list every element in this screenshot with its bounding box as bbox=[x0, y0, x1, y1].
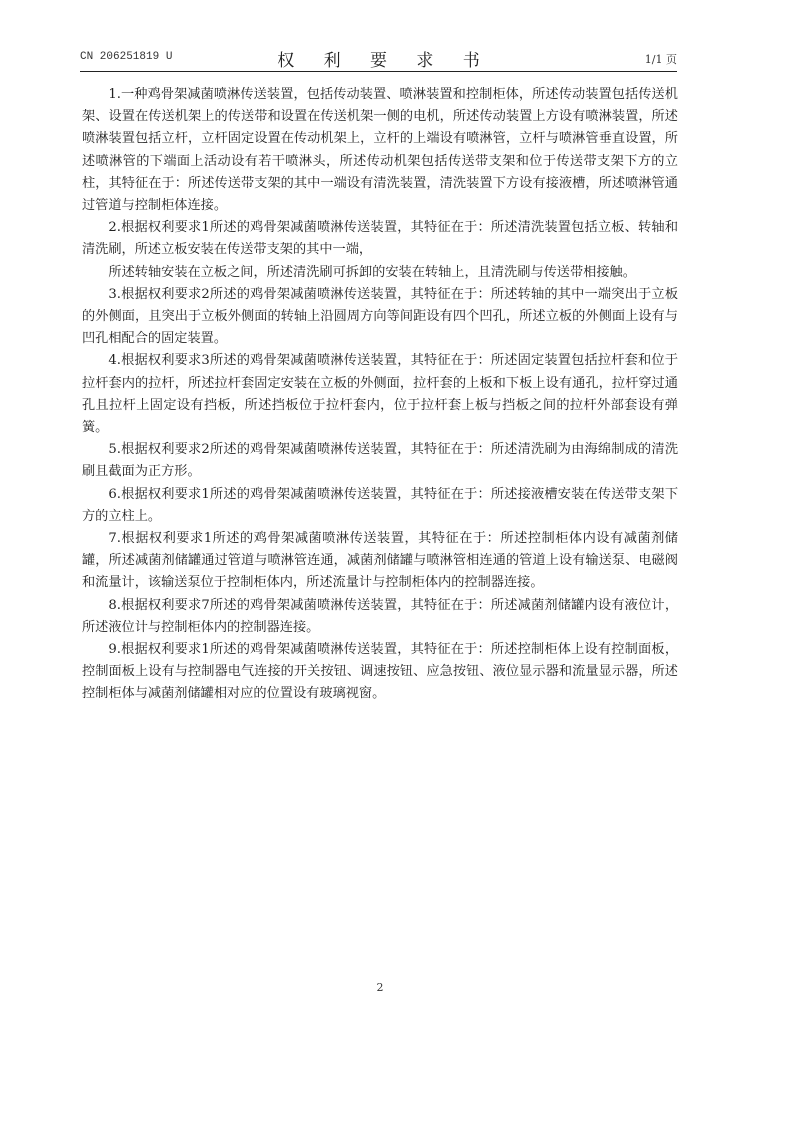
claim-7: 7.根据权利要求1所述的鸡骨架减菌喷淋传送装置，其特征在于：所述控制柜体内设有减… bbox=[82, 528, 678, 595]
claim-2: 2.根据权利要求1所述的鸡骨架减菌喷淋传送装置，其特征在于：所述清洗装置包括立板… bbox=[82, 217, 678, 261]
claim-8: 8.根据权利要求7所述的鸡骨架减菌喷淋传送装置，其特征在于：所述减菌剂储罐内设有… bbox=[82, 595, 678, 639]
claim-1: 1.一种鸡骨架减菌喷淋传送装置，包括传动装置、喷淋装置和控制柜体，所述传动装置包… bbox=[82, 84, 678, 217]
document-title: 权 利 要 求 书 bbox=[80, 46, 677, 71]
claim-3: 3.根据权利要求2所述的鸡骨架减菌喷淋传送装置，其特征在于：所述转轴的其中一端突… bbox=[82, 284, 678, 351]
claim-5: 5.根据权利要求2所述的鸡骨架减菌喷淋传送装置，其特征在于：所述清洗刷为由海绵制… bbox=[82, 439, 678, 483]
page-info: 1/1 页 bbox=[645, 51, 677, 67]
claim-6: 6.根据权利要求1所述的鸡骨架减菌喷淋传送装置，其特征在于：所述接液槽安装在传送… bbox=[82, 484, 678, 528]
claim-2-continuation: 所述转轴安装在立板之间，所述清洗刷可拆卸的安装在转轴上，且清洗刷与传送带相接触。 bbox=[82, 262, 678, 284]
page-header: CN 206251819 U 权 利 要 求 书 1/1 页 bbox=[80, 46, 677, 68]
page-number: 2 bbox=[0, 981, 760, 994]
claim-4: 4.根据权利要求3所述的鸡骨架减菌喷淋传送装置，其特征在于：所述固定装置包括拉杆… bbox=[82, 350, 678, 439]
header-divider bbox=[80, 71, 677, 72]
claim-9: 9.根据权利要求1所述的鸡骨架减菌喷淋传送装置，其特征在于：所述控制柜体上设有控… bbox=[82, 639, 678, 706]
claims-body: 1.一种鸡骨架减菌喷淋传送装置，包括传动装置、喷淋装置和控制柜体，所述传动装置包… bbox=[82, 84, 678, 706]
